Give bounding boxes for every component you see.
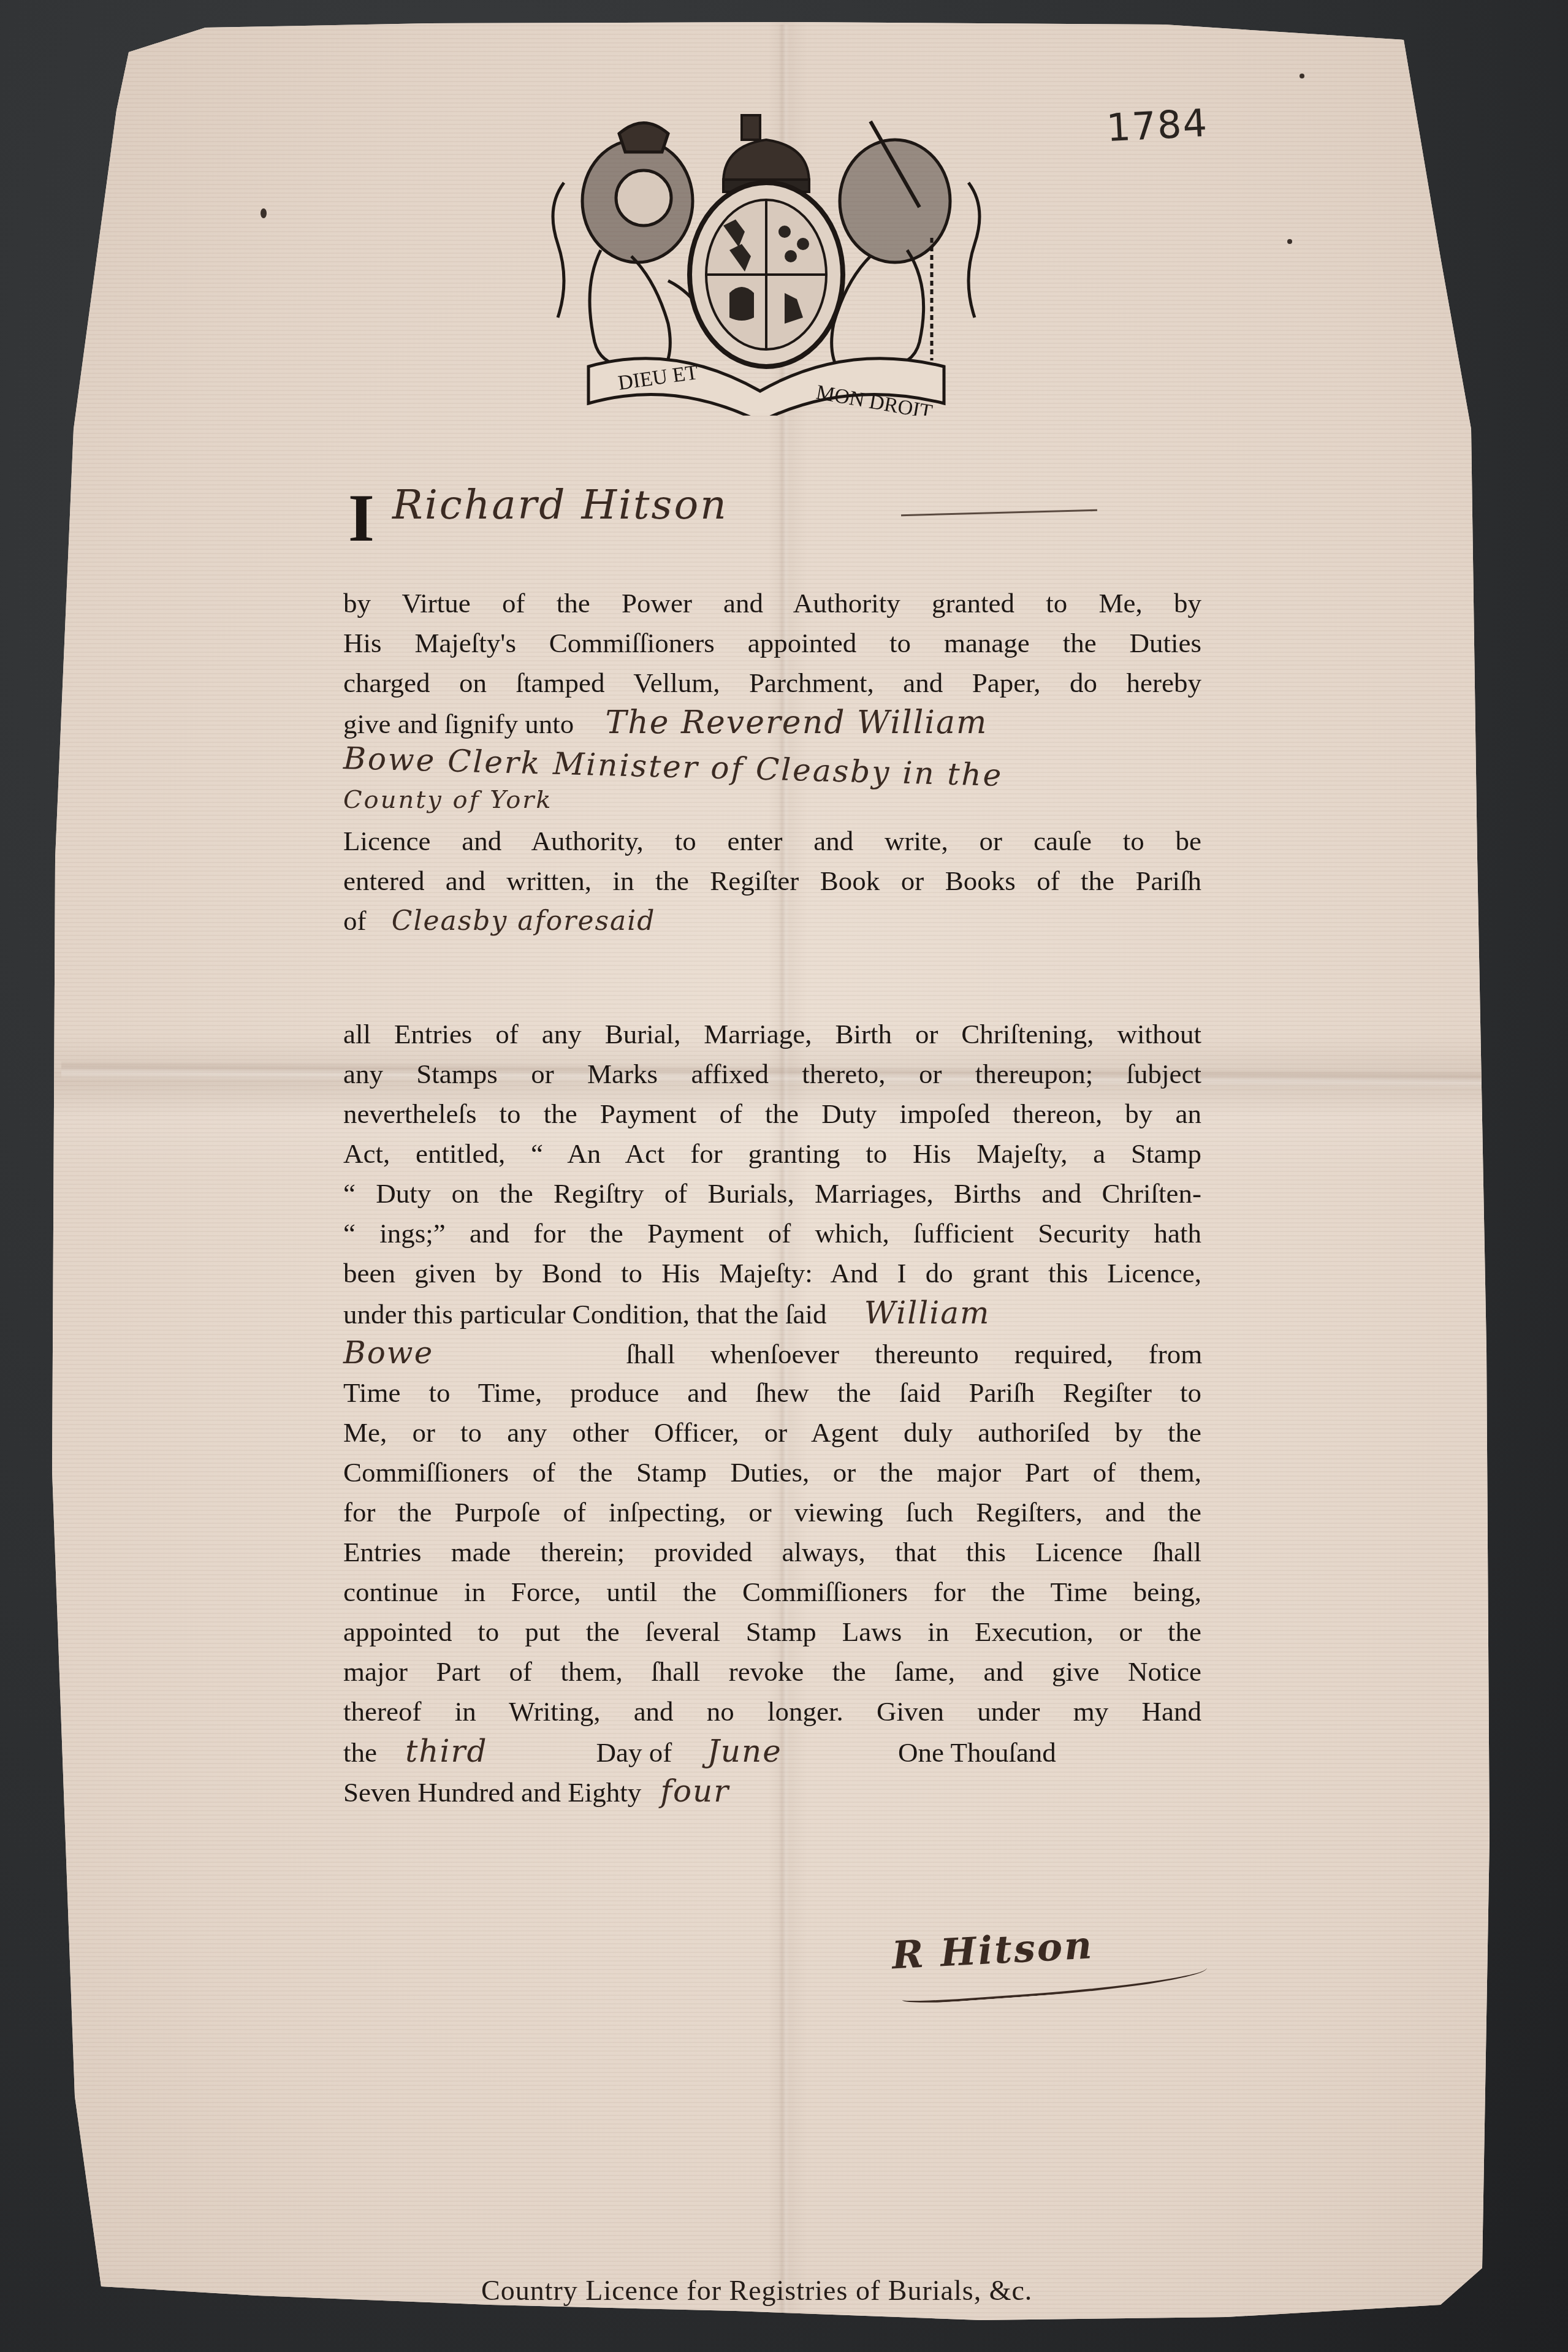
grantor-name-handwritten: Richard Hitson [392, 481, 728, 528]
text-line: Me, or to any other Officer, or Agent du… [343, 1413, 1201, 1453]
text-line: Time to Time, produce and ſhew the ſaid … [343, 1373, 1201, 1413]
text-line: thereof in Writing, and no longer. Given… [343, 1692, 1201, 1732]
printed-text: give and ſignify unto [343, 709, 574, 739]
text-line: nevertheleſs to the Payment of the Duty … [343, 1094, 1201, 1134]
grantee-handwritten-line3: County of York [343, 786, 553, 814]
text-line: Entries made therein; provided always, t… [343, 1532, 1201, 1572]
grantor-dash-line [901, 509, 1097, 516]
printed-text: under this particular Condition, that th… [343, 1299, 827, 1330]
text-line: been given by Bond to His Majeſty: And I… [343, 1254, 1201, 1293]
text-line: of Cleasby aforesaid [343, 901, 1201, 941]
text-line: Act, entitled, “ An Act for granting to … [343, 1134, 1201, 1174]
printed-text: of [343, 905, 367, 936]
text-line: entered and written, in the Regiſter Boo… [343, 861, 1201, 901]
date-line: Seven Hundred and Eighty four [343, 1772, 1201, 1811]
paragraph-entries: all Entries of any Burial, Marriage, Bir… [343, 1014, 1201, 1811]
text-line: “ Duty on the Regiſtry of Burials, Marri… [343, 1174, 1201, 1214]
royal-coat-of-arms-icon: DIEU ET MON DROIT [527, 97, 1005, 416]
text-line: all Entries of any Burial, Marriage, Bir… [343, 1014, 1201, 1054]
printed-text: Day of [596, 1733, 701, 1773]
text-line: major Part of them, ſhall revoke the ſam… [343, 1652, 1201, 1692]
paper-speck [1300, 74, 1304, 78]
text-line: appointed to put the ſeveral Stamp Laws … [343, 1612, 1201, 1652]
text-line: by Virtue of the Power and Authority gra… [343, 584, 1201, 623]
text-line: Bowe ſhall whenſoever thereunto required… [343, 1333, 1201, 1373]
text-line: His Majeſty's Commiſſioners appointed to… [343, 623, 1201, 663]
text-line: continue in Force, until the Commiſſione… [343, 1572, 1201, 1612]
pencil-year-annotation: 1784 [1105, 101, 1209, 151]
printed-text: ſhall whenſoever thereunto required, fro… [626, 1334, 1202, 1374]
document-footer-title: Country Licence for Registries of Burial… [481, 2274, 1032, 2307]
printed-text: Seven Hundred and Eighty [343, 1777, 641, 1808]
parish-handwritten: Cleasby aforesaid [392, 905, 656, 937]
month-handwritten: June [707, 1732, 891, 1772]
text-line: for the Purpoſe of inſpecting, or viewin… [343, 1493, 1201, 1532]
grantee-handwritten: The Reverend William [605, 704, 988, 741]
text-line: give and ſignify unto The Reverend Willi… [343, 703, 1201, 743]
printed-text: the [343, 1733, 398, 1773]
date-line: the third Day of June One Thouſand [343, 1732, 1201, 1772]
paragraph-licence: Licence and Authority, to enter and writ… [343, 821, 1201, 941]
year-handwritten: four [660, 1773, 729, 1809]
licensee-surname-handwritten: Bowe [343, 1333, 619, 1373]
paper-speck [1287, 239, 1292, 244]
day-handwritten: third [405, 1732, 589, 1772]
dropcap-i: I [348, 484, 375, 552]
text-line: Commiſſioners of the Stamp Duties, or th… [343, 1453, 1201, 1493]
text-line: under this particular Condition, that th… [343, 1293, 1201, 1333]
printed-text: One Thouſand [898, 1733, 1100, 1773]
text-line: Licence and Authority, to enter and writ… [343, 821, 1201, 861]
paper-speck [261, 208, 267, 218]
paragraph-authority: by Virtue of the Power and Authority gra… [343, 584, 1201, 743]
text-line: “ ings;” and for the Payment of which, ſ… [343, 1214, 1201, 1254]
licensee-first-name-handwritten: William [864, 1295, 991, 1331]
text-line: charged on ſtamped Vellum, Parchment, an… [343, 663, 1201, 703]
text-line: any Stamps or Marks affixed thereto, or … [343, 1054, 1201, 1094]
licence-document: DIEU ET MON DROIT 1784 I Richard Hitson … [0, 0, 1568, 2352]
